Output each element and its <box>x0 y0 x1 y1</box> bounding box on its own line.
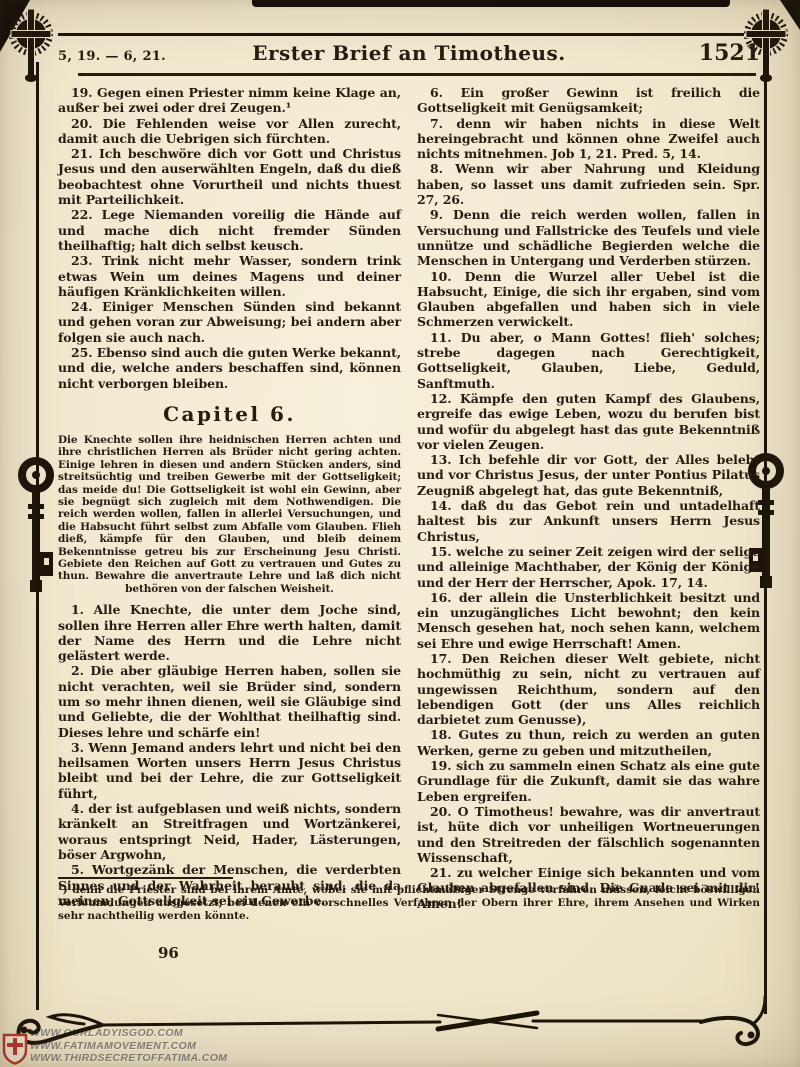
verse-6-18: 18. Gutes zu thun, reich zu werden an gu… <box>417 727 760 758</box>
verse-range: 5, 19. — 6, 21. <box>58 49 208 64</box>
page-title: Erster Brief an Timotheus. <box>208 41 610 65</box>
folio-number: 96 <box>158 944 760 962</box>
verse-5-23: 23. Trink nicht mehr Wasser, sondern tri… <box>58 253 401 299</box>
verse-6-7: 7. denn wir haben nichts in diese Welt h… <box>417 116 760 162</box>
right-column: 6. Ein großer Gewinn ist freilich die Go… <box>417 85 760 911</box>
page-number: 1521 <box>610 40 760 66</box>
verse-5-25: 25. Ebenso sind auch die guten Werke bek… <box>58 345 401 391</box>
verse-5-21: 21. Ich beschwöre dich vor Gott und Chri… <box>58 146 401 207</box>
verse-6-6: 6. Ein großer Gewinn ist freilich die Go… <box>417 85 760 116</box>
cross-ornament-icon <box>5 7 57 87</box>
chapter-heading: Capitel 6. <box>58 402 401 426</box>
scanned-bible-page: 5, 19. — 6, 21. Erster Brief an Timotheu… <box>0 0 800 1067</box>
verse-6-4: 4. der ist aufgeblasen und weiß nichts, … <box>58 801 401 862</box>
footnote-rule <box>58 877 233 879</box>
verse-6-11: 11. Du aber, o Mann Gottes! flieh' solch… <box>417 330 760 391</box>
frame-top-rule <box>58 33 744 36</box>
verse-6-17: 17. Den Reichen dieser Welt gebiete, nic… <box>417 651 760 727</box>
verse-5-20: 20. Die Fehlenden weise vor Allen zurech… <box>58 116 401 147</box>
left-column: 19. Gegen einen Priester nimm keine Klag… <box>58 85 401 911</box>
footnote-block: ¹) denn die Priester sind bei ihrem Amte… <box>58 877 760 962</box>
scan-edge-artifact <box>252 0 730 7</box>
footnote-text: ¹) denn die Priester sind bei ihrem Amte… <box>58 884 760 922</box>
bottom-scroll-ornament-icon <box>0 995 800 1053</box>
verse-6-1: 1. Alle Knechte, die unter dem Joche sin… <box>58 602 401 663</box>
verse-6-8: 8. Wenn wir aber Nahrung und Kleidung ha… <box>417 161 760 207</box>
header-rule <box>78 73 756 76</box>
verse-5-22: 22. Lege Niemanden voreilig die Hände au… <box>58 207 401 253</box>
page-content: 5, 19. — 6, 21. Erster Brief an Timotheu… <box>58 40 760 911</box>
verse-6-20: 20. O Timotheus! bewahre, was dir anvert… <box>417 804 760 865</box>
key-ornament-icon <box>16 450 56 604</box>
verse-6-3: 3. Wenn Jemand anders lehrt und nicht be… <box>58 740 401 801</box>
running-header: 5, 19. — 6, 21. Erster Brief an Timotheu… <box>58 40 760 66</box>
verse-6-14: 14. daß du das Gebot rein und untadelhaf… <box>417 498 760 544</box>
verse-6-13: 13. Ich befehle dir vor Gott, der Alles … <box>417 452 760 498</box>
verse-5-24: 24. Einiger Menschen Sünden sind bekannt… <box>58 299 401 345</box>
verse-6-10: 10. Denn die Wurzel aller Uebel ist die … <box>417 269 760 330</box>
verse-6-16: 16. der allein die Unsterblichkeit besit… <box>417 590 760 651</box>
text-columns: 19. Gegen einen Priester nimm keine Klag… <box>58 85 760 911</box>
verse-6-19: 19. sich zu sammeln einen Schatz als ein… <box>417 758 760 804</box>
crest-icon <box>2 1032 28 1067</box>
verse-6-12: 12. Kämpfe den guten Kampf des Glaubens,… <box>417 391 760 452</box>
verse-6-15: 15. welche zu seiner Zeit zeigen wird de… <box>417 544 760 590</box>
verse-6-2: 2. Die aber gläubige Herren haben, solle… <box>58 663 401 739</box>
watermark-line: WWW.THIRDSECRETOFFATIMA.COM <box>30 1052 227 1065</box>
verse-6-9: 9. Denn die reich werden wollen, fallen … <box>417 207 760 268</box>
verse-5-19: 19. Gegen einen Priester nimm keine Klag… <box>58 85 401 116</box>
chapter-summary: Die Knechte sollen ihre heidnischen Herr… <box>58 434 401 595</box>
